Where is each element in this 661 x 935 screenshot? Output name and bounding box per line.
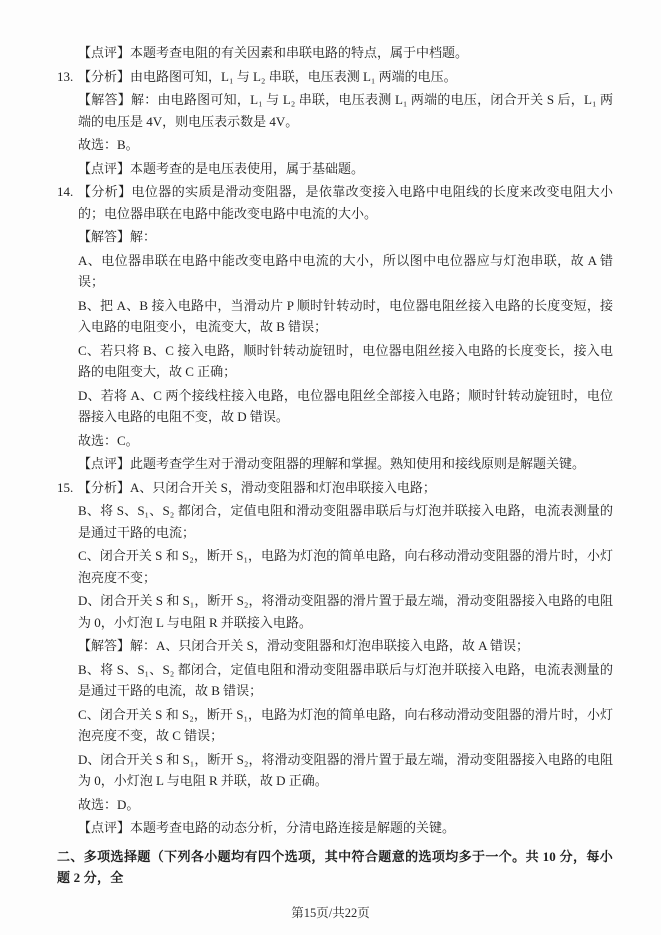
p-analysis-q13: 13.【分析】由电路图可知，L₁ 与 L₂ 串联，电压表测 L₁ 两端的电压。 bbox=[78, 66, 613, 88]
item-number-14: 14. bbox=[57, 181, 73, 203]
p-answer-q14-intro: 【解答】解： bbox=[78, 226, 613, 248]
p-q15-analysis-c: C、闭合开关 S 和 S₂，断开 S₁，电路为灯泡的简单电路，向右移动滑动变阻器… bbox=[78, 545, 613, 588]
p-answer-q13: 【解答】解：由电路图可知，L₁ 与 L₂ 串联，电压表测 L₁ 两端的电压，闭合… bbox=[78, 89, 613, 132]
section-heading-multiple-choice: 二、多项选择题（下列各小题均有四个选项，其中符合题意的选项均多于一个。共 10 … bbox=[57, 846, 613, 889]
p-choice-q14: 故选：C。 bbox=[78, 430, 613, 452]
p-q14-option-a: A、电位器串联在电路中能改变电路中电流的大小，所以图中电位器应与灯泡串联，故 A… bbox=[78, 250, 613, 293]
p-analysis-q14: 14.【分析】电位器的实质是滑动变阻器，是依靠改变接入电路中电阻线的长度来改变电… bbox=[78, 181, 613, 224]
p-q15-answer-d: D、闭合开关 S 和 S₁，断开 S₂，将滑动变阻器的滑片置于最左端，滑动变阻器… bbox=[78, 749, 613, 792]
p-comment-q14: 【点评】此题考查学生对于滑动变阻器的理解和掌握。熟知使用和接线原则是解题关键。 bbox=[78, 453, 613, 475]
p-q14-option-d: D、若将 A、C 两个接线柱接入电路，电位器电阻丝全部接入电路；顺时针转动旋钮时… bbox=[78, 385, 613, 428]
item-number-15: 15. bbox=[57, 477, 73, 499]
p-q14-option-c: C、若只将 B、C 接入电路，顺时针转动旋钮时，电位器电阻丝接入电路的长度变长，… bbox=[78, 340, 613, 383]
p-comment-q13: 【点评】本题考查的是电压表使用，属于基础题。 bbox=[78, 158, 613, 180]
p-q15-answer-a: 【解答】解：A、只闭合开关 S，滑动变阻器和灯泡串联接入电路，故 A 错误； bbox=[78, 635, 613, 657]
p-analysis-q14-text: 【分析】电位器的实质是滑动变阻器，是依靠改变接入电路中电阻线的长度来改变电阻大小… bbox=[78, 184, 613, 221]
p-comment-q12: 【点评】本题考查电阻的有关因素和串联电路的特点，属于中档题。 bbox=[78, 42, 613, 64]
p-q15-analysis-d: D、闭合开关 S 和 S₁，断开 S₂，将滑动变阻器的滑片置于最左端，滑动变阻器… bbox=[78, 590, 613, 633]
p-analysis-q15-text: 【分析】A、只闭合开关 S，滑动变阻器和灯泡串联接入电路； bbox=[78, 480, 436, 495]
p-analysis-q13-text: 【分析】由电路图可知，L₁ 与 L₂ 串联，电压表测 L₁ 两端的电压。 bbox=[78, 69, 457, 84]
page-number-footer: 第15页/共22页 bbox=[0, 903, 661, 921]
p-q15-analysis-b: B、将 S、S₁、S₂ 都闭合，定值电阻和滑动变阻器串联后与灯泡并联接入电路，电… bbox=[78, 500, 613, 543]
p-analysis-q15: 15.【分析】A、只闭合开关 S，滑动变阻器和灯泡串联接入电路； bbox=[78, 477, 613, 499]
item-number-13: 13. bbox=[57, 66, 73, 88]
p-q15-answer-b: B、将 S、S₁、S₂ 都闭合，定值电阻和滑动变阻器串联后与灯泡并联接入电路，电… bbox=[78, 659, 613, 702]
p-q15-answer-c: C、闭合开关 S 和 S₂，断开 S₁，电路为灯泡的简单电路，向右移动滑动变阻器… bbox=[78, 704, 613, 747]
p-q14-option-b: B、把 A、B 接入电路中，当滑动片 P 顺时针转动时，电位器电阻丝接入电路的长… bbox=[78, 295, 613, 338]
p-comment-q15: 【点评】本题考查电路的动态分析，分清电路连接是解题的关键。 bbox=[78, 817, 613, 839]
p-choice-q15: 故选：D。 bbox=[78, 794, 613, 816]
document-page: 【点评】本题考查电阻的有关因素和串联电路的特点，属于中档题。 13.【分析】由电… bbox=[0, 0, 661, 935]
document-content: 【点评】本题考查电阻的有关因素和串联电路的特点，属于中档题。 13.【分析】由电… bbox=[57, 42, 613, 891]
p-choice-q13: 故选：B。 bbox=[78, 134, 613, 156]
